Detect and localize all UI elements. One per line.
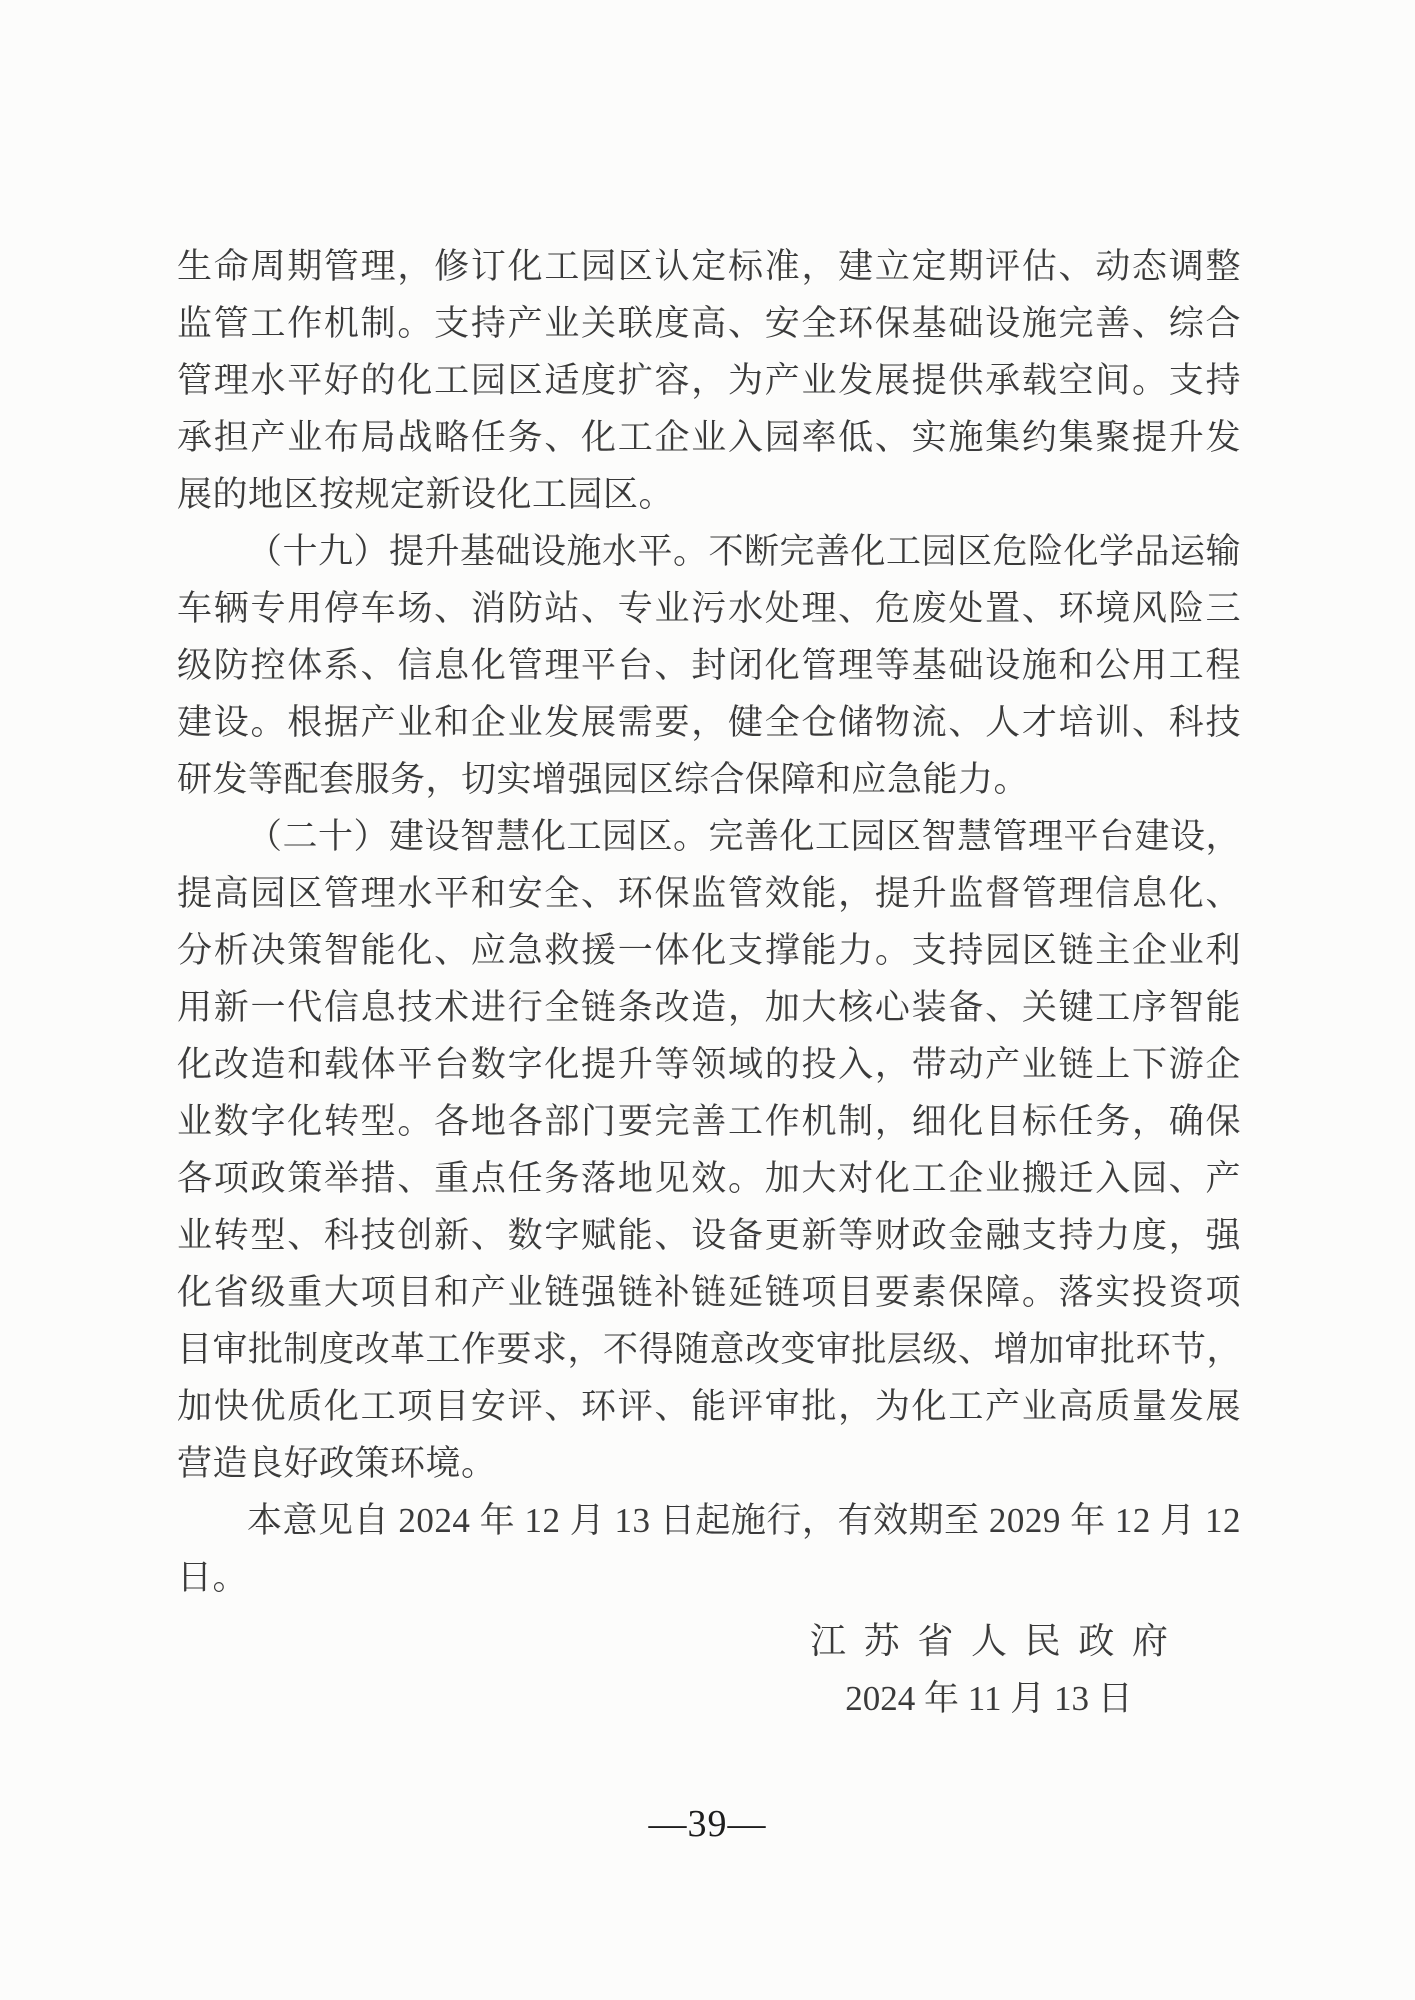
signature-issuer: 江苏省人民政府	[810, 1612, 1168, 1670]
text-line: 分析决策智能化、应急救援一体化支撑能力。支持园区链主企业利	[177, 922, 1241, 979]
text-line: 建设。根据产业和企业发展需要，健全仓储物流、人才培训、科技	[177, 694, 1241, 751]
signature-block: 江苏省人民政府 2024 年 11 月 13 日	[810, 1612, 1168, 1728]
text-line: 提高园区管理水平和安全、环保监管效能，提升监督管理信息化、	[177, 865, 1241, 922]
signature-date: 2024 年 11 月 13 日	[810, 1670, 1168, 1728]
text-line: 车辆专用停车场、消防站、专业污水处理、危废处置、环境风险三	[177, 580, 1241, 637]
text-line: 展的地区按规定新设化工园区。	[177, 466, 1241, 523]
text-line: 研发等配套服务，切实增强园区综合保障和应急能力。	[177, 751, 1241, 808]
text-line: 各项政策举措、重点任务落地见效。加大对化工企业搬迁入园、产	[177, 1150, 1241, 1207]
text-line: 化改造和载体平台数字化提升等领域的投入，带动产业链上下游企	[177, 1036, 1241, 1093]
text-line: 级防控体系、信息化管理平台、封闭化管理等基础设施和公用工程	[177, 637, 1241, 694]
text-line: 业数字化转型。各地各部门要完善工作机制，细化目标任务，确保	[177, 1093, 1241, 1150]
page-number: —39—	[0, 1802, 1415, 1846]
text-line: 生命周期管理，修订化工园区认定标准，建立定期评估、动态调整	[177, 238, 1241, 295]
document-body: 生命周期管理，修订化工园区认定标准，建立定期评估、动态调整 监管工作机制。支持产…	[177, 238, 1241, 1606]
text-line: 加快优质化工项目安评、环评、能评审批，为化工产业高质量发展	[177, 1378, 1241, 1435]
text-line: 日。	[177, 1549, 1241, 1606]
document-page: 生命周期管理，修订化工园区认定标准，建立定期评估、动态调整 监管工作机制。支持产…	[0, 0, 1415, 2000]
text-line: （二十）建设智慧化工园区。完善化工园区智慧管理平台建设，	[177, 808, 1241, 865]
text-line: 承担产业布局战略任务、化工企业入园率低、实施集约集聚提升发	[177, 409, 1241, 466]
text-line: 目审批制度改革工作要求，不得随意改变审批层级、增加审批环节，	[177, 1321, 1241, 1378]
text-line: 监管工作机制。支持产业关联度高、安全环保基础设施完善、综合	[177, 295, 1241, 352]
text-line: 业转型、科技创新、数字赋能、设备更新等财政金融支持力度，强	[177, 1207, 1241, 1264]
text-line: 营造良好政策环境。	[177, 1435, 1241, 1492]
text-line: 本意见自 2024 年 12 月 13 日起施行，有效期至 2029 年 12 …	[177, 1492, 1241, 1549]
text-line: 化省级重大项目和产业链强链补链延链项目要素保障。落实投资项	[177, 1264, 1241, 1321]
text-line: 管理水平好的化工园区适度扩容，为产业发展提供承载空间。支持	[177, 352, 1241, 409]
text-line: （十九）提升基础设施水平。不断完善化工园区危险化学品运输	[177, 523, 1241, 580]
text-line: 用新一代信息技术进行全链条改造，加大核心装备、关键工序智能	[177, 979, 1241, 1036]
